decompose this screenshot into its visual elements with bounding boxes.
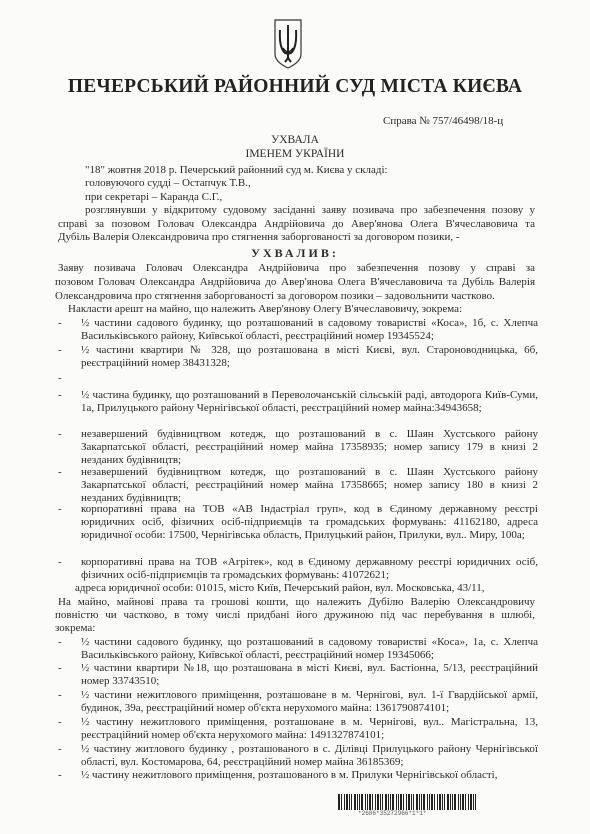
decision-text: повністю чи частково, в тому числі придб… bbox=[55, 609, 535, 623]
property-item: -корпоративні права на ТОВ «Агрітек», ко… bbox=[58, 556, 538, 582]
document-type: УХВАЛА ІМЕНЕМ УКРАЇНИ bbox=[0, 133, 590, 161]
decision-text: позовом Головач Олександра Андрійовича д… bbox=[55, 276, 535, 290]
property-item: -½ частину нежитлового приміщення, розта… bbox=[58, 769, 538, 782]
property-item: -½ частини садового будинку, що розташов… bbox=[58, 317, 538, 343]
court-name: ПЕЧЕРСЬКИЙ РАЙОННИЙ СУД МІСТА КИЄВА bbox=[0, 76, 590, 98]
legal-address: адреса юридичної особи: 01015, місто Киї… bbox=[75, 582, 484, 596]
decision-text: зокрема: bbox=[55, 622, 95, 636]
property-item: -незавершений будівництвом котедж, що ро… bbox=[58, 428, 538, 467]
property-item: -½ частини квартири №18, що розташована … bbox=[58, 662, 538, 688]
coat-of-arms-icon bbox=[273, 18, 303, 70]
decision-text: На майно, майнові права та грошові кошти… bbox=[58, 596, 535, 610]
property-item: -½ частину нежитлового приміщення, розта… bbox=[58, 716, 538, 742]
decision-text: Заяву позивача Головач Олександра Андрій… bbox=[58, 262, 535, 276]
property-item: -корпоративні права на ТОВ «АВ Індастріа… bbox=[58, 503, 538, 542]
doc-subtitle: ІМЕНЕМ УКРАЇНИ bbox=[0, 147, 590, 161]
intro-text: розглянувши у відкритому судовому засіда… bbox=[85, 204, 535, 218]
property-item: -½ частина будинку, що розташований в Пе… bbox=[58, 389, 538, 415]
decided-heading: УХВАЛИВ: bbox=[0, 246, 590, 261]
property-item: -½ частину житлового будинку , розташова… bbox=[58, 743, 538, 769]
intro-text: Дубіль Валерія Олександровича про стягне… bbox=[58, 231, 460, 245]
barcode-text: *2606*35272966*1*1* bbox=[358, 810, 426, 817]
intro-judge: головуючого судді – Остапчук Т.В., bbox=[85, 177, 251, 191]
decision-arrest-text: Накласти арешт на майно, що належить Аве… bbox=[68, 303, 462, 317]
intro-date-line: "18" жовтня 2018 р. Печерський районний … bbox=[85, 164, 388, 178]
case-number: Справа № 757/46498/18-ц bbox=[383, 115, 503, 127]
decision-text: Олександровича про стягнення заборговано… bbox=[55, 290, 495, 304]
property-item: -½ частини квартири № 328, що розташован… bbox=[58, 344, 538, 370]
property-item: -½ частини садового будинку, що розташов… bbox=[58, 636, 538, 662]
property-item: -½ частини нежитлового приміщення, розта… bbox=[58, 689, 538, 715]
doc-title: УХВАЛА bbox=[0, 133, 590, 147]
document-page: ПЕЧЕРСЬКИЙ РАЙОННИЙ СУД МІСТА КИЄВА Спра… bbox=[0, 0, 590, 834]
intro-secretary: при секретарі – Каранда С.Г., bbox=[85, 191, 222, 205]
intro-text: справі за позовом Головач Олександра Анд… bbox=[58, 218, 535, 232]
property-item: -незавершений будівництвом котедж, що ро… bbox=[58, 466, 538, 505]
barcode bbox=[338, 794, 478, 810]
